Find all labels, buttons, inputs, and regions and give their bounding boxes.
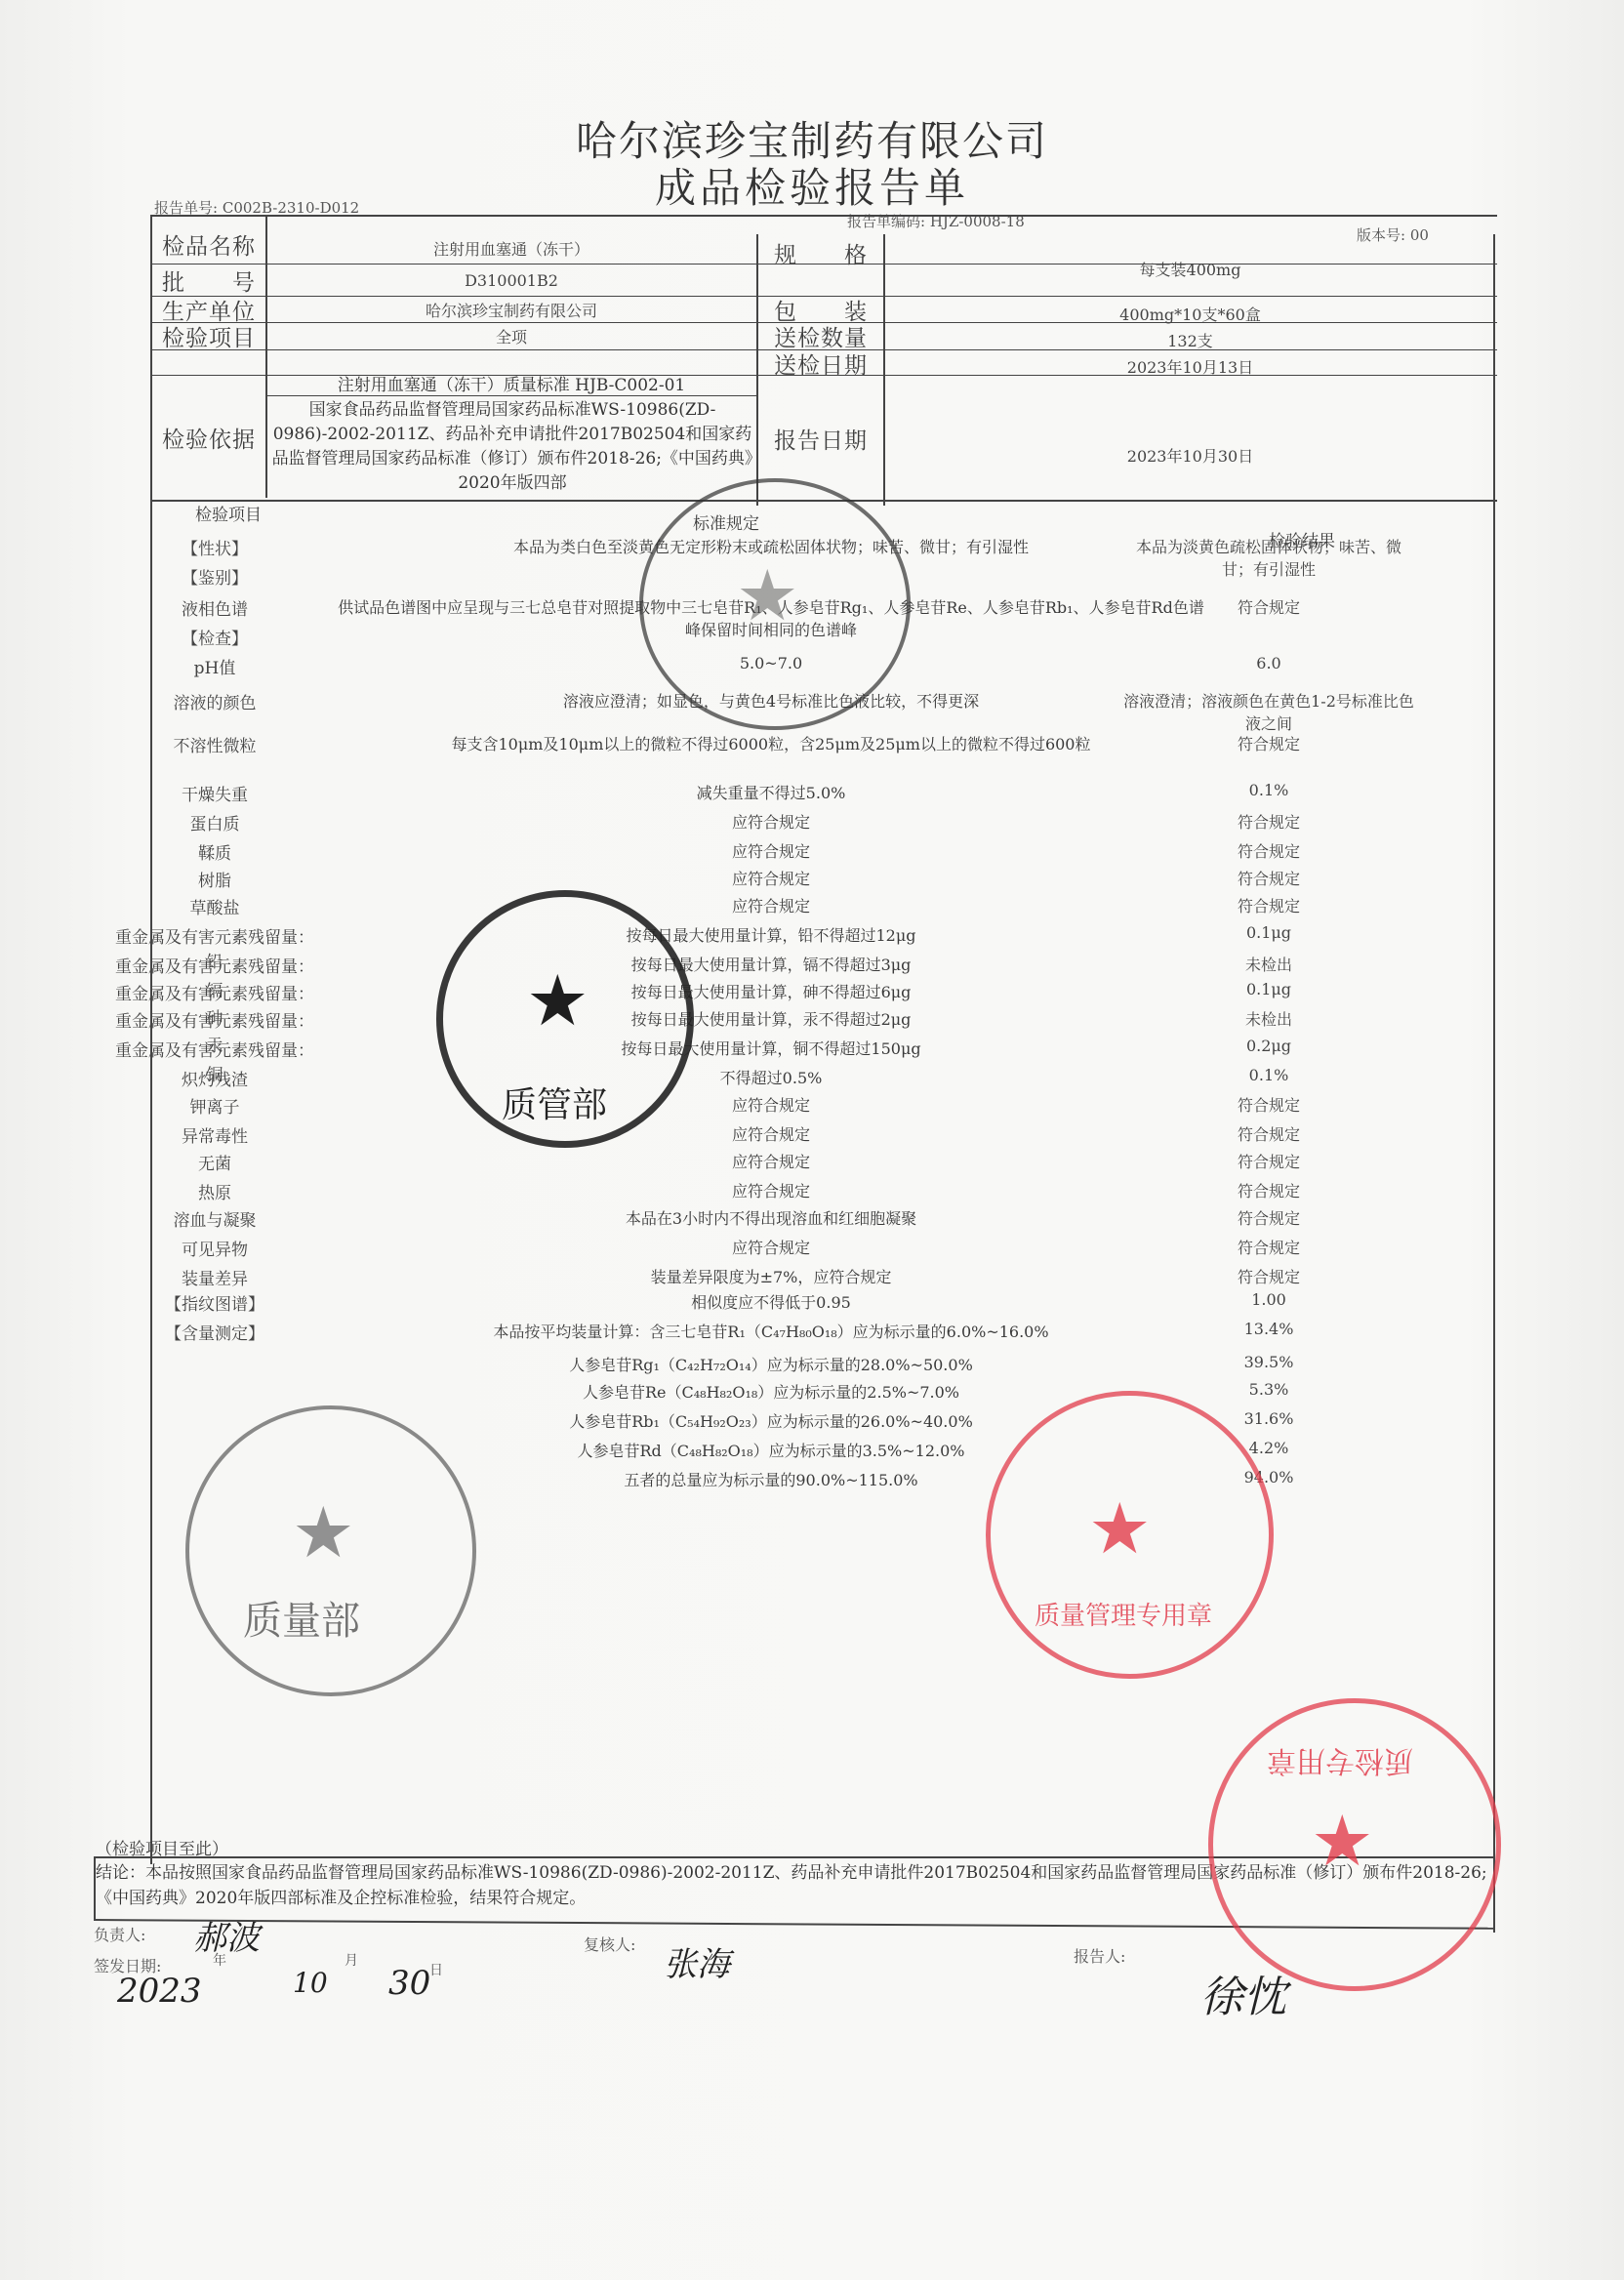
row-item: 钾离子 — [112, 1093, 317, 1118]
value-batch: D310001B2 — [267, 265, 755, 295]
value-spec: 每支装400mg — [885, 254, 1495, 283]
responsible-signature: 郝波 — [193, 1911, 260, 1959]
issue-year: 2023 — [117, 1972, 202, 2011]
table-row: 可见异物应符合规定符合规定 — [0, 1236, 1624, 1261]
row-standard: 人参皂苷Rg₁（C₄₂H₇₂O₁₄）应为标示量的28.0%~50.0% — [332, 1353, 1210, 1375]
stamp-center-text: 质量部 — [243, 1590, 360, 1646]
row-item: 【性状】 — [112, 535, 317, 559]
table-row: 无菌应符合规定符合规定 — [0, 1150, 1624, 1175]
label-product-name: 检品名称 — [152, 224, 265, 264]
value-submit-date: 2023年10月13日 — [885, 353, 1495, 379]
row-standard: 应符合规定 — [332, 1093, 1210, 1116]
table-row: 炽灼残渣不得超过0.5%0.1% — [0, 1066, 1624, 1091]
table-row: 人参皂苷Rg₁（C₄₂H₇₂O₁₄）应为标示量的28.0%~50.0%39.5% — [0, 1353, 1624, 1378]
row-item: 树脂 — [112, 867, 317, 891]
table-row: 【鉴别】 — [0, 564, 1624, 590]
value-product-name: 注射用血塞通（冻干） — [267, 232, 755, 264]
table-row: 五者的总量应为标示量的90.0%~115.0%94.0% — [0, 1468, 1624, 1493]
row-result: 符合规定 — [1122, 1150, 1415, 1172]
row-standard: 应符合规定 — [332, 867, 1210, 889]
conclusion-top-border — [94, 1856, 1495, 1858]
row-result: 符合规定 — [1122, 1179, 1415, 1201]
row-item: 不溶性微粒 — [112, 732, 317, 756]
table-row: 干燥失重减失重量不得过5.0%0.1% — [0, 781, 1624, 806]
row-result: 未检出 — [1122, 1007, 1415, 1030]
value-report-date: 2023年10月30日 — [885, 435, 1495, 474]
row-item: 装量差异 — [112, 1265, 317, 1289]
table-row: 不溶性微粒每支含10μm及10μm以上的微粒不得过6000粒，含25μm及25μ… — [0, 732, 1624, 757]
row-result: 溶液澄清；溶液颜色在黄色1-2号标准比色液之间 — [1122, 689, 1415, 734]
label-report-date: 报告日期 — [758, 377, 883, 500]
row-result: 6.0 — [1122, 654, 1415, 672]
star-icon: ★ — [292, 1497, 355, 1567]
row-result: 0.1μg — [1122, 923, 1415, 942]
row-standard: 相似度应不得低于0.95 — [332, 1290, 1210, 1313]
row-item: 【指纹图谱】 — [112, 1290, 317, 1315]
conclusion-text: 结论：本品按照国家食品药品监督管理局国家药品标准WS-10986(ZD-0986… — [96, 1860, 1491, 1911]
table-row: 溶血与凝聚本品在3小时内不得出现溶血和红细胞凝聚符合规定 — [0, 1206, 1624, 1232]
value-manufacturer: 哈尔滨珍宝制药有限公司 — [267, 297, 755, 322]
report-sheet: 哈尔滨珍宝制药有限公司 成品检验报告单 报告单号: C002B-2310-D01… — [0, 0, 1624, 2280]
row-item: 【检查】 — [112, 625, 317, 649]
row-result: 0.2μg — [1122, 1037, 1415, 1055]
row-result: 符合规定 — [1122, 1122, 1415, 1145]
row-standard: 本品为类白色至淡黄色无定形粉末或疏松固体状物；味苦、微甘；有引湿性 — [332, 535, 1210, 557]
reporter-signature: 徐忱 — [1200, 1962, 1286, 2024]
table-row: 人参皂苷Rb₁（C₅₄H₉₂O₂₃）应为标示量的26.0%~40.0%31.6% — [0, 1409, 1624, 1435]
version-value: 00 — [1410, 226, 1429, 244]
row-standard: 本品在3小时内不得出现溶血和红细胞凝聚 — [332, 1206, 1210, 1229]
row-result: 13.4% — [1122, 1320, 1415, 1338]
value-test-items: 全项 — [267, 323, 755, 349]
reviewer-label: 复核人: — [584, 1933, 635, 1955]
row-item: 液相色谱 — [112, 595, 317, 620]
row-result: 1.00 — [1122, 1290, 1415, 1309]
row-standard: 5.0~7.0 — [332, 654, 1210, 672]
row-standard: 应符合规定 — [332, 1122, 1210, 1145]
row-result: 符合规定 — [1122, 1093, 1415, 1116]
row-result: 0.1% — [1122, 781, 1415, 799]
row-standard: 本品按平均装量计算：含三七皂苷R₁（C₄₇H₈₀O₁₈）应为标示量的6.0%~1… — [332, 1320, 1210, 1342]
stamp-center-text: 质检专用章 — [1267, 1742, 1413, 1785]
row-result: 94.0% — [1122, 1468, 1415, 1486]
row-standard: 按每日最大使用量计算，铅不得超过12μg — [332, 923, 1210, 946]
table-row: 人参皂苷Rd（C₄₈H₈₂O₁₈）应为标示量的3.5%~12.0%4.2% — [0, 1439, 1624, 1464]
table-row: 重金属及有害元素残留量：铅按每日最大使用量计算，铅不得超过12μg0.1μg — [0, 923, 1624, 949]
label-basis: 检验依据 — [152, 375, 265, 500]
table-row: 重金属及有害元素残留量：砷按每日最大使用量计算，砷不得超过6μg0.1μg — [0, 980, 1624, 1005]
label-manufacturer: 生产单位 — [152, 297, 265, 322]
value-basis-line2: 国家食品药品监督管理局国家药品标准WS-10986(ZD-0986)-2002-… — [271, 396, 753, 498]
row-standard: 装量差异限度为±7%，应符合规定 — [332, 1265, 1210, 1287]
row-standard: 应符合规定 — [332, 839, 1210, 862]
row-standard: 五者的总量应为标示量的90.0%~115.0% — [332, 1468, 1210, 1490]
table-row: 重金属及有害元素残留量：汞按每日最大使用量计算，汞不得超过2μg未检出 — [0, 1007, 1624, 1033]
row-result: 4.2% — [1122, 1439, 1415, 1457]
row-standard: 人参皂苷Re（C₄₈H₈₂O₁₈）应为标示量的2.5%~7.0% — [332, 1380, 1210, 1403]
table-row: 【检查】 — [0, 625, 1624, 650]
table-row: 草酸盐应符合规定符合规定 — [0, 894, 1624, 919]
label-package: 包 装 — [758, 297, 883, 322]
row-item: 鞣质 — [112, 839, 317, 864]
label-quantity: 送检数量 — [758, 323, 883, 349]
table-row: 鞣质应符合规定符合规定 — [0, 839, 1624, 865]
row-result: 0.1% — [1122, 1066, 1415, 1084]
table-row: 蛋白质应符合规定符合规定 — [0, 810, 1624, 835]
row-standard: 不得超过0.5% — [332, 1066, 1210, 1088]
table-row: 【指纹图谱】相似度应不得低于0.951.00 — [0, 1290, 1624, 1316]
label-batch: 批 号 — [152, 265, 265, 295]
table-row: 人参皂苷Re（C₄₈H₈₂O₁₈）应为标示量的2.5%~7.0%5.3% — [0, 1380, 1624, 1405]
row-result: 39.5% — [1122, 1353, 1415, 1371]
table-row: 树脂应符合规定符合规定 — [0, 867, 1624, 892]
row-item: 【鉴别】 — [112, 564, 317, 589]
quality-check-stamp-jiangsu: ★ 质检专用章 — [1208, 1698, 1501, 1991]
month-unit: 月 — [345, 1950, 358, 1970]
row-standard: 人参皂苷Rb₁（C₅₄H₉₂O₂₃）应为标示量的26.0%~40.0% — [332, 1409, 1210, 1432]
table-row: 【性状】本品为类白色至淡黄色无定形粉末或疏松固体状物；味苦、微甘；有引湿性本品为… — [0, 535, 1624, 560]
table-row: 重金属及有害元素残留量：镉按每日最大使用量计算，镉不得超过3μg未检出 — [0, 953, 1624, 978]
row-item: 【含量测定】 — [112, 1320, 317, 1344]
row-result: 5.3% — [1122, 1380, 1415, 1399]
table-row: 重金属及有害元素残留量：铜按每日最大使用量计算，铜不得超过150μg0.2μg — [0, 1037, 1624, 1062]
label-spec: 规 格 — [758, 239, 883, 266]
version: 版本号: 00 — [1357, 224, 1429, 245]
value-package: 400mg*10支*60盒 — [885, 301, 1495, 326]
row-result: 符合规定 — [1122, 867, 1415, 889]
row-item: 溶液的颜色 — [112, 689, 317, 713]
row-item: pH值 — [112, 654, 317, 678]
label-submit-date: 送检日期 — [758, 350, 883, 376]
table-row: 【含量测定】本品按平均装量计算：含三七皂苷R₁（C₄₇H₈₀O₁₈）应为标示量的… — [0, 1320, 1624, 1345]
row-result: 符合规定 — [1122, 732, 1415, 754]
label-test-items: 检验项目 — [152, 323, 265, 349]
row-result: 符合规定 — [1122, 839, 1415, 862]
conclusion-bottom-border — [94, 1919, 1495, 1930]
row-item: 可见异物 — [112, 1236, 317, 1260]
value-quantity: 132支 — [885, 327, 1495, 352]
issue-month: 10 — [293, 1967, 328, 1999]
table-row: 热原应符合规定符合规定 — [0, 1179, 1624, 1204]
table-row: pH值5.0~7.06.0 — [0, 654, 1624, 679]
row-result: 符合规定 — [1122, 1236, 1415, 1258]
row-result: 符合规定 — [1122, 894, 1415, 916]
row-item: 异常毒性 — [112, 1122, 317, 1147]
row-item: 热原 — [112, 1179, 317, 1203]
row-standard: 人参皂苷Rd（C₄₈H₈₂O₁₈）应为标示量的3.5%~12.0% — [332, 1439, 1210, 1461]
row-standard: 应符合规定 — [332, 810, 1210, 833]
reporter-label: 报告人: — [1074, 1944, 1125, 1967]
row-item: 草酸盐 — [112, 894, 317, 918]
row-result: 符合规定 — [1122, 810, 1415, 833]
row-standard: 每支含10μm及10μm以上的微粒不得过6000粒，含25μm及25μm以上的微… — [332, 732, 1210, 754]
row-item: 炽灼残渣 — [112, 1066, 317, 1090]
row-item: 溶血与凝聚 — [112, 1206, 317, 1231]
row-item: 干燥失重 — [112, 781, 317, 805]
row-standard: 应符合规定 — [332, 1179, 1210, 1201]
table-row: 异常毒性应符合规定符合规定 — [0, 1122, 1624, 1148]
row-item: 无菌 — [112, 1150, 317, 1174]
row-result: 31.6% — [1122, 1409, 1415, 1428]
row-line — [150, 500, 1497, 502]
row-standard: 按每日最大使用量计算，铜不得超过150μg — [332, 1037, 1210, 1059]
row-result: 符合规定 — [1122, 595, 1415, 618]
row-standard: 应符合规定 — [332, 894, 1210, 916]
year-unit: 年 — [213, 1950, 226, 1970]
table-row: 钾离子应符合规定符合规定 — [0, 1093, 1624, 1119]
star-icon: ★ — [1088, 1493, 1152, 1564]
col-header-standard: 标准规定 — [693, 509, 759, 534]
issue-day: 30 — [388, 1964, 430, 2003]
value-basis-line1: 注射用血塞通（冻干）质量标准 HJB-C002-01 — [267, 375, 755, 396]
row-result: 符合规定 — [1122, 1206, 1415, 1229]
row-result: 未检出 — [1122, 953, 1415, 975]
row-result: 0.1μg — [1122, 980, 1415, 998]
row-standard: 减失重量不得过5.0% — [332, 781, 1210, 803]
table-row: 液相色谱供试品色谱图中应呈现与三七总皂苷对照提取物中三七皂苷R₁、人参皂苷Rg₁… — [0, 595, 1624, 621]
row-standard: 按每日最大使用量计算，砷不得超过6μg — [332, 980, 1210, 1002]
row-standard: 按每日最大使用量计算，镉不得超过3μg — [332, 953, 1210, 975]
table-row: 溶液的颜色溶液应澄清；如显色，与黄色4号标准比色液比较，不得更深溶液澄清；溶液颜… — [0, 689, 1624, 714]
day-unit: 日 — [429, 1960, 443, 1979]
responsible-label: 负责人: — [94, 1923, 145, 1945]
row-item: 蛋白质 — [112, 810, 317, 835]
row-result: 符合规定 — [1122, 1265, 1415, 1287]
reviewer-signature: 张海 — [664, 1937, 730, 1985]
row-standard: 应符合规定 — [332, 1236, 1210, 1258]
version-label: 版本号: — [1357, 226, 1405, 244]
row-standard: 应符合规定 — [332, 1150, 1210, 1172]
row-standard: 按每日最大使用量计算，汞不得超过2μg — [332, 1007, 1210, 1030]
col-header-item: 检验项目 — [195, 501, 262, 525]
table-row: 装量差异装量差异限度为±7%，应符合规定符合规定 — [0, 1265, 1624, 1290]
stamp-center-text: 质量管理专用章 — [1035, 1596, 1212, 1632]
table-top-border — [150, 215, 1497, 217]
row-standard: 溶液应澄清；如显色，与黄色4号标准比色液比较，不得更深 — [332, 689, 1210, 712]
